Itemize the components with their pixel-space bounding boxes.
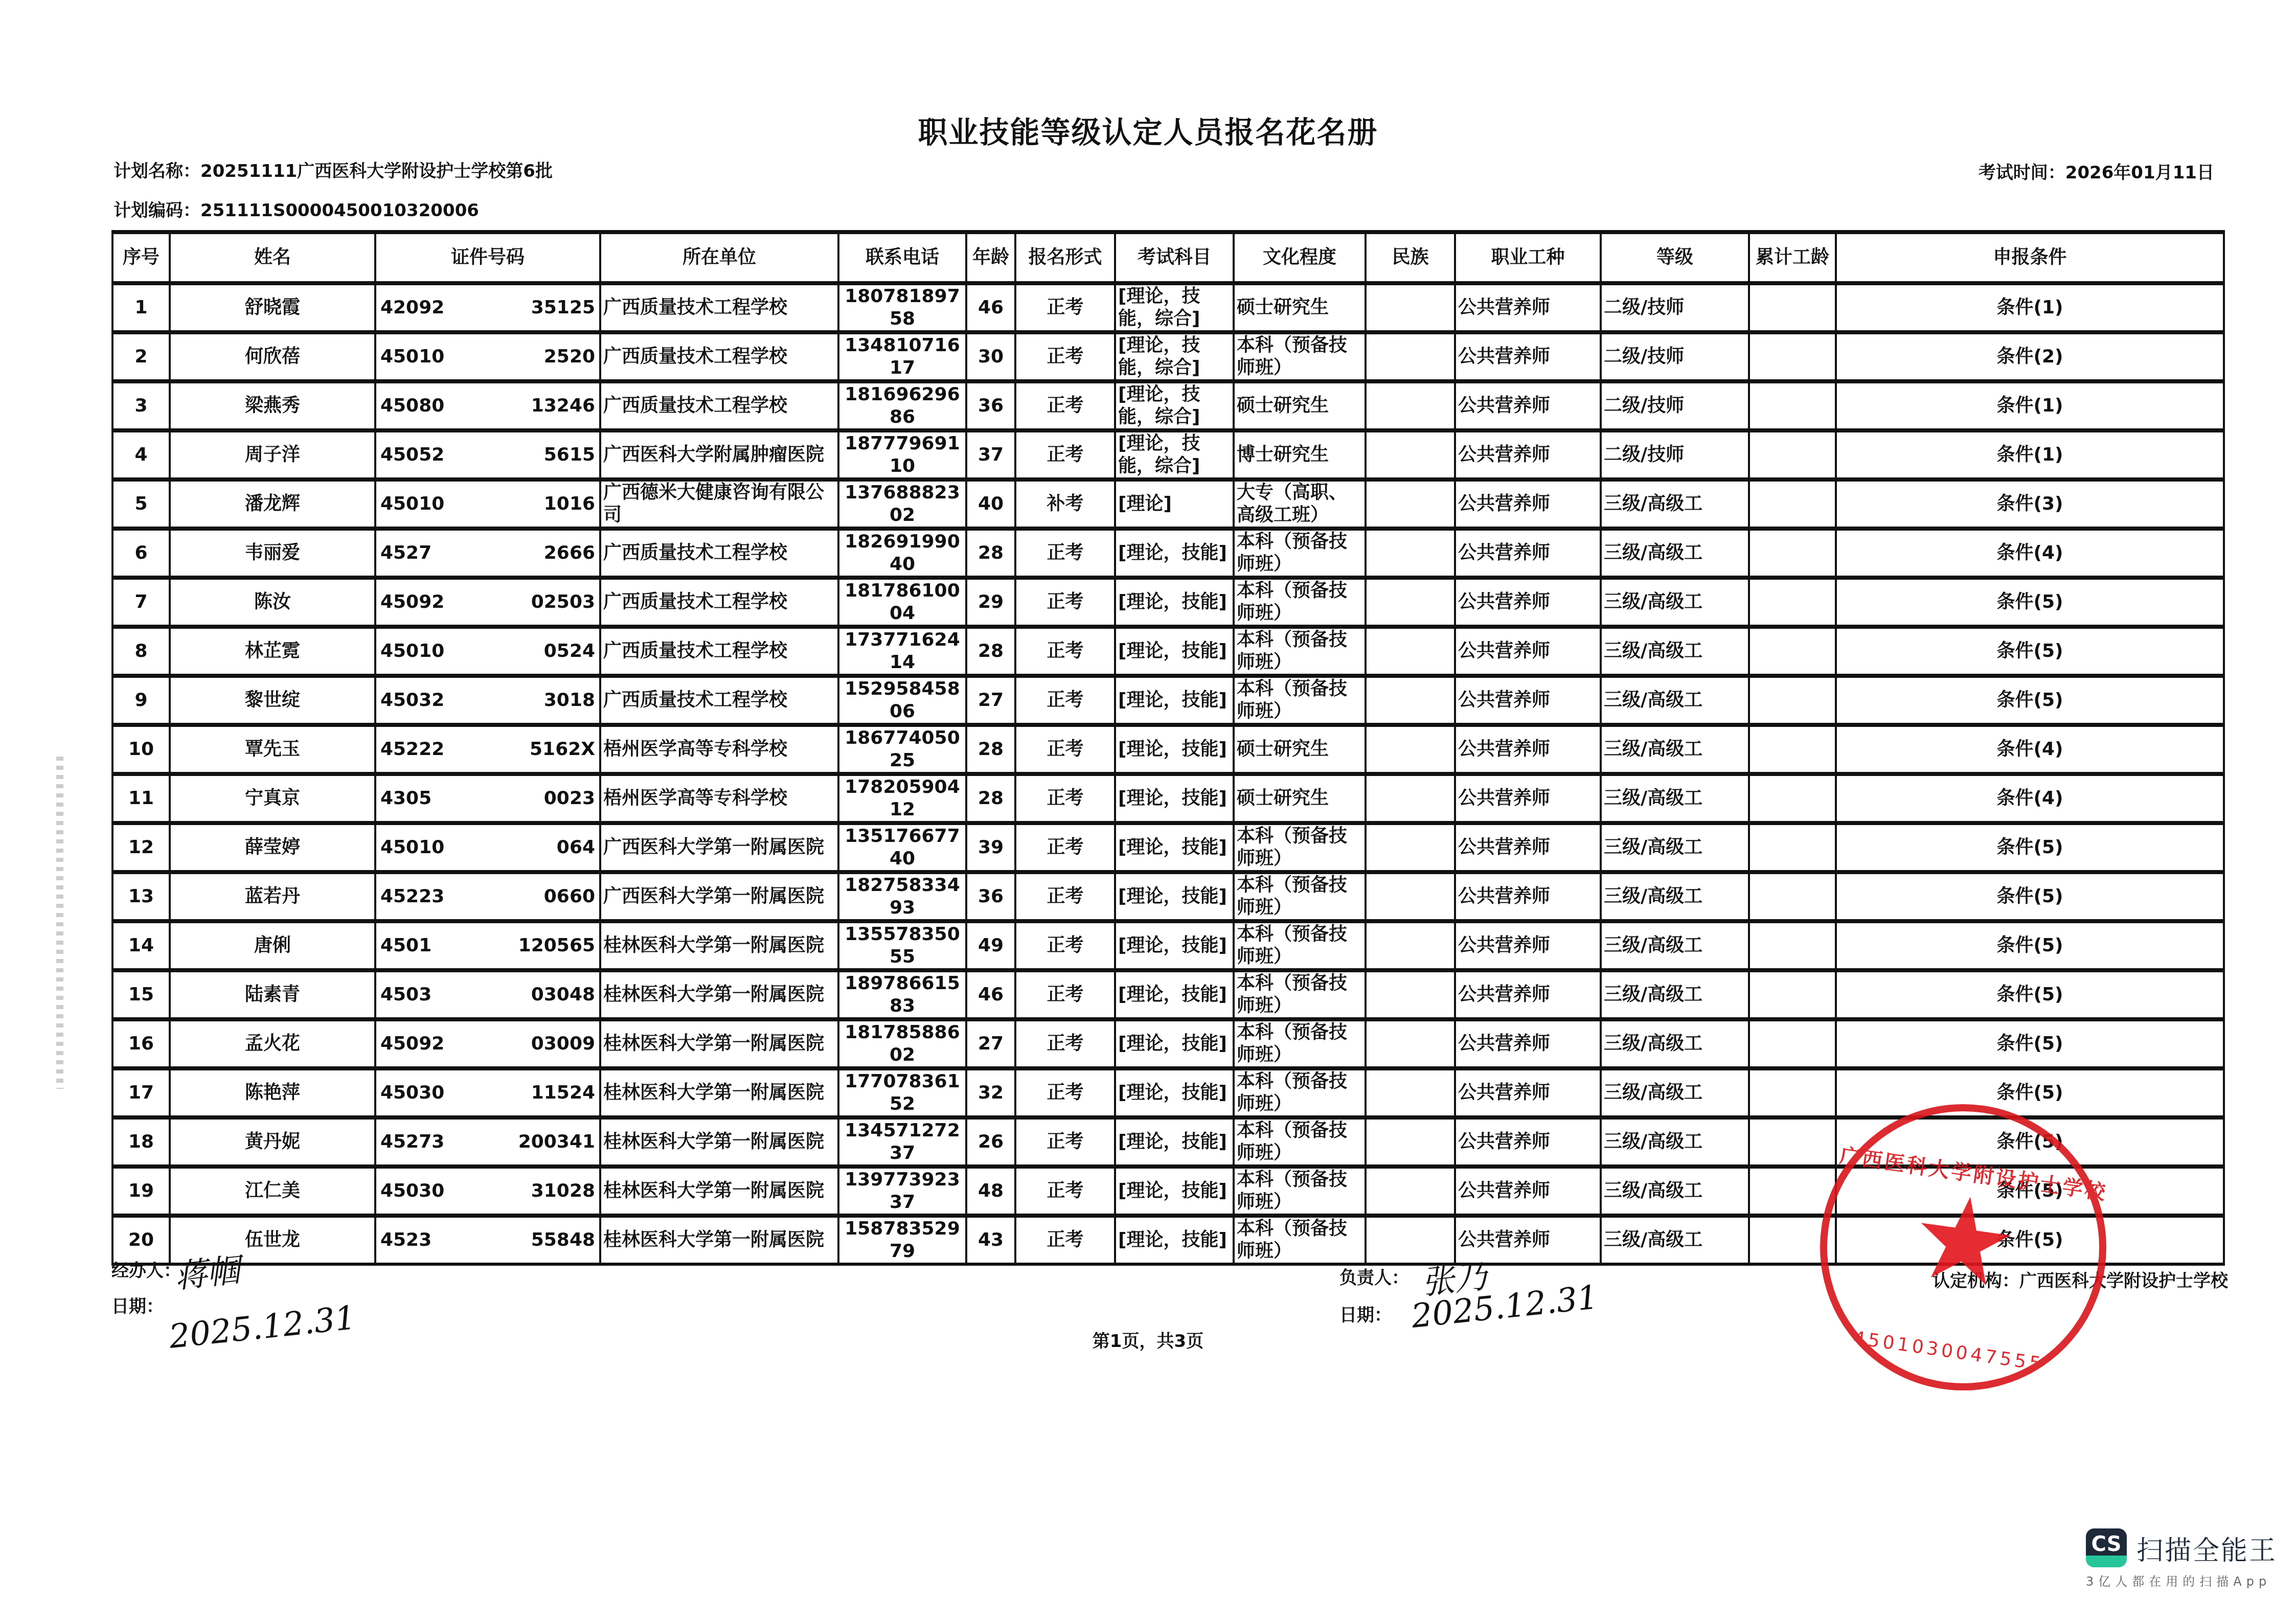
id-suffix: 120565 xyxy=(518,934,595,957)
cell-occupation: 公共营养师 xyxy=(1455,283,1601,332)
id-prefix: 4501 xyxy=(380,934,431,957)
cell-name: 林芷霓 xyxy=(170,627,375,676)
cell-condition: 条件(1) xyxy=(1836,430,2224,479)
cell-seniority xyxy=(1749,970,1836,1019)
cell-form: 正考 xyxy=(1015,283,1115,332)
cell-education: 大专（高职、高级工班） xyxy=(1234,479,1366,529)
cell-level: 二级/技师 xyxy=(1601,283,1749,332)
cell-form: 正考 xyxy=(1015,381,1115,430)
cell-no: 10 xyxy=(112,725,170,774)
handler-date-label: 日期： xyxy=(111,1292,164,1317)
cell-form: 正考 xyxy=(1015,1117,1115,1167)
cell-level: 三级/高级工 xyxy=(1601,1167,1749,1216)
cell-phone: 18178610004 xyxy=(838,578,966,627)
cell-name: 陈汝 xyxy=(170,578,375,627)
cell-level: 二级/技师 xyxy=(1601,332,1749,381)
cell-education: 本科（预备技师班） xyxy=(1234,1216,1366,1264)
cell-name: 孟火花 xyxy=(170,1019,375,1068)
roster-table: 序号 姓名 证件号码 所在单位 联系电话 年龄 报名形式 考试科目 文化程度 民… xyxy=(111,230,2225,1266)
cell-ethnicity xyxy=(1366,1068,1455,1117)
cell-no: 18 xyxy=(112,1117,170,1167)
table-row: 9 黎世绽 45032 3018 广西质量技术工程学校 15295845806 … xyxy=(112,676,2224,725)
cell-form: 正考 xyxy=(1015,725,1115,774)
cell-form: 正考 xyxy=(1015,1068,1115,1117)
id-suffix: 03048 xyxy=(531,984,595,1006)
scanner-watermark: CS 扫描全能王 3亿人都在用的扫描App xyxy=(2086,1528,2277,1589)
cell-age: 39 xyxy=(966,823,1015,872)
cell-unit: 广西质量技术工程学校 xyxy=(600,283,838,332)
cell-level: 三级/高级工 xyxy=(1601,529,1749,578)
cell-id-number: 45223 0660 xyxy=(375,872,600,921)
cell-no: 8 xyxy=(112,627,170,676)
exam-time: 考试时间：2026年01月11日 xyxy=(1979,158,2214,184)
col-header: 所在单位 xyxy=(600,232,838,283)
cell-no: 4 xyxy=(112,430,170,479)
cell-unit: 桂林医科大学第一附属医院 xyxy=(600,1167,838,1216)
cell-subjects: [理论，技能] xyxy=(1115,1167,1234,1216)
cell-unit: 广西质量技术工程学校 xyxy=(600,332,838,381)
cell-id-number: 4527 2666 xyxy=(375,529,600,578)
cell-seniority xyxy=(1749,430,1836,479)
cell-condition: 条件(5) xyxy=(1836,872,2224,921)
cell-ethnicity xyxy=(1366,1167,1455,1216)
cell-seniority xyxy=(1749,578,1836,627)
cell-occupation: 公共营养师 xyxy=(1455,381,1601,430)
table-row: 4 周子洋 45052 5615 广西医科大学附属肿瘤医院 1877796911… xyxy=(112,430,2224,479)
cell-occupation: 公共营养师 xyxy=(1455,823,1601,872)
cell-unit: 梧州医学高等专科学校 xyxy=(600,774,838,823)
cell-seniority xyxy=(1749,1068,1836,1117)
cell-subjects: [理论，技能] xyxy=(1115,1216,1234,1264)
cell-subjects: [理论，技能] xyxy=(1115,725,1234,774)
cell-condition: 条件(5) xyxy=(1836,1068,2224,1117)
cell-seniority xyxy=(1749,921,1836,970)
cell-form: 正考 xyxy=(1015,1019,1115,1068)
handler-label: 经办人： xyxy=(111,1257,181,1282)
cell-age: 28 xyxy=(966,725,1015,774)
cell-no: 15 xyxy=(112,970,170,1019)
cell-unit: 桂林医科大学第一附属医院 xyxy=(600,1216,838,1264)
id-prefix: 45030 xyxy=(380,1180,444,1202)
cell-unit: 广西医科大学第一附属医院 xyxy=(600,872,838,921)
id-prefix: 45030 xyxy=(380,1082,444,1104)
cell-age: 46 xyxy=(966,283,1015,332)
cell-name: 江仁美 xyxy=(170,1167,375,1216)
cell-no: 2 xyxy=(112,332,170,381)
cell-subjects: [理论，技能] xyxy=(1115,529,1234,578)
cell-level: 三级/高级工 xyxy=(1601,921,1749,970)
cell-id-number: 45030 31028 xyxy=(375,1167,600,1216)
cell-ethnicity xyxy=(1366,381,1455,430)
camscanner-logo-icon: CS xyxy=(2086,1528,2127,1567)
id-prefix: 42092 xyxy=(380,296,444,319)
id-suffix: 35125 xyxy=(531,296,595,319)
cell-subjects: [理论，技能] xyxy=(1115,970,1234,1019)
cell-education: 硕士研究生 xyxy=(1234,774,1366,823)
cell-phone: 15295845806 xyxy=(838,676,966,725)
cell-name: 薛莹婷 xyxy=(170,823,375,872)
cell-ethnicity xyxy=(1366,921,1455,970)
id-prefix: 4305 xyxy=(380,787,431,810)
cell-education: 本科（预备技师班） xyxy=(1234,627,1366,676)
id-suffix: 11524 xyxy=(531,1082,595,1104)
cell-form: 正考 xyxy=(1015,529,1115,578)
cell-level: 三级/高级工 xyxy=(1601,627,1749,676)
cell-subjects: [理论，技能] xyxy=(1115,578,1234,627)
cell-subjects: [理论，技能] xyxy=(1115,676,1234,725)
id-prefix: 45273 xyxy=(380,1131,444,1153)
cell-ethnicity xyxy=(1366,332,1455,381)
cell-occupation: 公共营养师 xyxy=(1455,1068,1601,1117)
cell-unit: 梧州医学高等专科学校 xyxy=(600,725,838,774)
cell-seniority xyxy=(1749,479,1836,529)
cell-phone: 13768882302 xyxy=(838,479,966,529)
cell-ethnicity xyxy=(1366,676,1455,725)
cell-name: 唐俐 xyxy=(170,921,375,970)
cell-ethnicity xyxy=(1366,578,1455,627)
cell-no: 6 xyxy=(112,529,170,578)
cell-id-number: 45010 2520 xyxy=(375,332,600,381)
cell-phone: 17707836152 xyxy=(838,1068,966,1117)
cell-id-number: 45222 5162X xyxy=(375,725,600,774)
cell-form: 正考 xyxy=(1015,823,1115,872)
table-row: 12 薛莹婷 45010 064 广西医科大学第一附属医院 1351766774… xyxy=(112,823,2224,872)
cell-occupation: 公共营养师 xyxy=(1455,1019,1601,1068)
plan-name: 计划名称：20251111广西医科大学附设护士学校第6批 xyxy=(113,157,553,182)
cell-seniority xyxy=(1749,872,1836,921)
table-row: 16 孟火花 45092 03009 桂林医科大学第一附属医院 18178588… xyxy=(112,1019,2224,1068)
cell-no: 11 xyxy=(112,774,170,823)
id-suffix: 31028 xyxy=(531,1180,595,1202)
id-suffix: 5162X xyxy=(530,738,595,761)
cell-name: 潘龙辉 xyxy=(170,479,375,529)
cell-form: 补考 xyxy=(1015,479,1115,529)
cell-name: 舒晓霞 xyxy=(170,283,375,332)
col-header: 等级 xyxy=(1601,232,1749,283)
cell-age: 28 xyxy=(966,627,1015,676)
cell-subjects: [理论，技能，综合] xyxy=(1115,381,1234,430)
cell-unit: 广西质量技术工程学校 xyxy=(600,529,838,578)
cell-id-number: 45010 064 xyxy=(375,823,600,872)
cell-id-number: 45273 200341 xyxy=(375,1117,600,1167)
cell-level: 三级/高级工 xyxy=(1601,725,1749,774)
col-header: 报名形式 xyxy=(1015,232,1115,283)
cell-phone: 18978661583 xyxy=(838,970,966,1019)
cell-form: 正考 xyxy=(1015,578,1115,627)
cell-form: 正考 xyxy=(1015,332,1115,381)
cell-level: 三级/高级工 xyxy=(1601,1216,1749,1264)
cell-unit: 广西质量技术工程学校 xyxy=(600,627,838,676)
cell-phone: 18677405025 xyxy=(838,725,966,774)
cell-condition: 条件(4) xyxy=(1836,529,2224,578)
table-header-row: 序号 姓名 证件号码 所在单位 联系电话 年龄 报名形式 考试科目 文化程度 民… xyxy=(112,232,2224,283)
cell-name: 陆素青 xyxy=(170,970,375,1019)
id-prefix: 45222 xyxy=(380,738,444,761)
cell-unit: 广西医科大学附属肿瘤医院 xyxy=(600,430,838,479)
col-header: 民族 xyxy=(1366,232,1455,283)
cell-form: 正考 xyxy=(1015,774,1115,823)
cell-education: 硕士研究生 xyxy=(1234,381,1366,430)
cell-seniority xyxy=(1749,1117,1836,1167)
table-row: 5 潘龙辉 45010 1016 广西德米大健康咨询有限公司 137688823… xyxy=(112,479,2224,529)
col-header: 考试科目 xyxy=(1115,232,1234,283)
cell-seniority xyxy=(1749,332,1836,381)
cell-ethnicity xyxy=(1366,970,1455,1019)
cell-occupation: 公共营养师 xyxy=(1455,479,1601,529)
cell-subjects: [理论，技能] xyxy=(1115,921,1234,970)
cell-id-number: 45010 1016 xyxy=(375,479,600,529)
cell-form: 正考 xyxy=(1015,1167,1115,1216)
cell-subjects: [理论，技能] xyxy=(1115,774,1234,823)
cell-level: 三级/高级工 xyxy=(1601,1068,1749,1117)
cell-unit: 桂林医科大学第一附属医院 xyxy=(600,1019,838,1068)
cell-no: 3 xyxy=(112,381,170,430)
id-suffix: 3018 xyxy=(544,689,595,712)
id-prefix: 45010 xyxy=(380,640,444,662)
table-row: 10 覃先玉 45222 5162X 梧州医学高等专科学校 1867740502… xyxy=(112,725,2224,774)
cell-age: 27 xyxy=(966,1019,1015,1068)
scan-edge-artifact xyxy=(56,757,63,1089)
cell-id-number: 45032 3018 xyxy=(375,676,600,725)
cell-condition: 条件(4) xyxy=(1836,725,2224,774)
cell-unit: 广西质量技术工程学校 xyxy=(600,578,838,627)
cell-ethnicity xyxy=(1366,872,1455,921)
col-header: 联系电话 xyxy=(838,232,966,283)
cell-occupation: 公共营养师 xyxy=(1455,1117,1601,1167)
cell-condition: 条件(5) xyxy=(1836,970,2224,1019)
cell-phone: 18269199040 xyxy=(838,529,966,578)
cell-ethnicity xyxy=(1366,1117,1455,1167)
cell-id-number: 45052 5615 xyxy=(375,430,600,479)
cell-phone: 17377162414 xyxy=(838,627,966,676)
cell-name: 蓝若丹 xyxy=(170,872,375,921)
cell-id-number: 4523 55848 xyxy=(375,1216,600,1264)
cell-level: 三级/高级工 xyxy=(1601,823,1749,872)
cell-phone: 18777969110 xyxy=(838,430,966,479)
cell-subjects: [理论，技能] xyxy=(1115,1068,1234,1117)
cell-subjects: [理论] xyxy=(1115,479,1234,529)
cell-no: 9 xyxy=(112,676,170,725)
cell-education: 本科（预备技师班） xyxy=(1234,921,1366,970)
col-header: 申报条件 xyxy=(1836,232,2224,283)
cell-age: 36 xyxy=(966,381,1015,430)
cell-phone: 18169629686 xyxy=(838,381,966,430)
id-suffix: 03009 xyxy=(531,1033,595,1055)
handler-signature: 蒋帼 xyxy=(172,1244,242,1298)
col-header: 序号 xyxy=(112,232,170,283)
cell-name: 韦丽爱 xyxy=(170,529,375,578)
cell-occupation: 公共营养师 xyxy=(1455,578,1601,627)
col-header: 年龄 xyxy=(966,232,1015,283)
cell-age: 28 xyxy=(966,529,1015,578)
cell-name: 陈艳萍 xyxy=(170,1068,375,1117)
cell-phone: 15878352979 xyxy=(838,1216,966,1264)
cell-subjects: [理论，技能] xyxy=(1115,1019,1234,1068)
cell-ethnicity xyxy=(1366,430,1455,479)
cell-phone: 13481071617 xyxy=(838,332,966,381)
cell-id-number: 4305 0023 xyxy=(375,774,600,823)
cell-subjects: [理论，技能，综合] xyxy=(1115,283,1234,332)
cell-education: 本科（预备技师班） xyxy=(1234,332,1366,381)
cell-name: 覃先玉 xyxy=(170,725,375,774)
cell-education: 硕士研究生 xyxy=(1234,283,1366,332)
cell-phone: 13517667740 xyxy=(838,823,966,872)
cell-occupation: 公共营养师 xyxy=(1455,921,1601,970)
id-suffix: 200341 xyxy=(518,1131,595,1153)
cell-name: 黎世绽 xyxy=(170,676,375,725)
cell-subjects: [理论，技能] xyxy=(1115,823,1234,872)
cell-no: 13 xyxy=(112,872,170,921)
table-row: 17 陈艳萍 45030 11524 桂林医科大学第一附属医院 17707836… xyxy=(112,1068,2224,1117)
table-row: 2 何欣蓓 45010 2520 广西质量技术工程学校 13481071617 … xyxy=(112,332,2224,381)
id-suffix: 2666 xyxy=(544,542,595,564)
table-row: 14 唐俐 4501 120565 桂林医科大学第一附属医院 135578350… xyxy=(112,921,2224,970)
cell-ethnicity xyxy=(1366,823,1455,872)
cell-seniority xyxy=(1749,1167,1836,1216)
cell-name: 黄丹妮 xyxy=(170,1117,375,1167)
cell-seniority xyxy=(1749,774,1836,823)
id-prefix: 45092 xyxy=(380,591,444,613)
responsible-label: 负责人： xyxy=(1339,1264,1409,1289)
cell-education: 本科（预备技师班） xyxy=(1234,823,1366,872)
id-prefix: 4527 xyxy=(380,542,431,564)
cell-condition: 条件(4) xyxy=(1836,774,2224,823)
cell-level: 二级/技师 xyxy=(1601,430,1749,479)
id-suffix: 0660 xyxy=(544,885,595,908)
cell-condition: 条件(5) xyxy=(1836,823,2224,872)
cell-condition: 条件(5) xyxy=(1836,676,2224,725)
cell-phone: 13557835055 xyxy=(838,921,966,970)
cell-form: 正考 xyxy=(1015,921,1115,970)
id-prefix: 45052 xyxy=(380,444,444,466)
cell-unit: 桂林医科大学第一附属医院 xyxy=(600,1117,838,1167)
cell-ethnicity xyxy=(1366,1019,1455,1068)
cell-seniority xyxy=(1749,627,1836,676)
cell-no: 17 xyxy=(112,1068,170,1117)
cell-form: 正考 xyxy=(1015,676,1115,725)
col-header: 职业工种 xyxy=(1455,232,1601,283)
cell-ethnicity xyxy=(1366,627,1455,676)
table-row: 13 蓝若丹 45223 0660 广西医科大学第一附属医院 182758334… xyxy=(112,872,2224,921)
id-prefix: 4523 xyxy=(380,1229,431,1251)
cell-id-number: 45010 0524 xyxy=(375,627,600,676)
cell-phone: 17820590412 xyxy=(838,774,966,823)
cell-subjects: [理论，技能] xyxy=(1115,1117,1234,1167)
cell-occupation: 公共营养师 xyxy=(1455,970,1601,1019)
id-suffix: 0023 xyxy=(544,787,595,810)
cell-education: 本科（预备技师班） xyxy=(1234,1117,1366,1167)
cell-occupation: 公共营养师 xyxy=(1455,627,1601,676)
cell-id-number: 45080 13246 xyxy=(375,381,600,430)
cell-id-number: 4503 03048 xyxy=(375,970,600,1019)
cell-condition: 条件(5) xyxy=(1836,1019,2224,1068)
cell-name: 何欣蓓 xyxy=(170,332,375,381)
cell-age: 29 xyxy=(966,578,1015,627)
cell-no: 5 xyxy=(112,479,170,529)
cell-condition: 条件(3) xyxy=(1836,479,2224,529)
cell-level: 三级/高级工 xyxy=(1601,774,1749,823)
cell-occupation: 公共营养师 xyxy=(1455,529,1601,578)
id-prefix: 45010 xyxy=(380,836,444,859)
id-prefix: 45010 xyxy=(380,346,444,368)
cell-form: 正考 xyxy=(1015,1216,1115,1264)
cell-phone: 18178588602 xyxy=(838,1019,966,1068)
table-row: 15 陆素青 4503 03048 桂林医科大学第一附属医院 189786615… xyxy=(112,970,2224,1019)
cell-form: 正考 xyxy=(1015,872,1115,921)
cell-age: 48 xyxy=(966,1167,1015,1216)
cell-education: 本科（预备技师班） xyxy=(1234,970,1366,1019)
cell-form: 正考 xyxy=(1015,430,1115,479)
cell-condition: 条件(5) xyxy=(1836,921,2224,970)
id-suffix: 02503 xyxy=(531,591,595,613)
cell-level: 三级/高级工 xyxy=(1601,872,1749,921)
cell-level: 三级/高级工 xyxy=(1601,970,1749,1019)
cell-id-number: 45092 02503 xyxy=(375,578,600,627)
cell-ethnicity xyxy=(1366,479,1455,529)
cell-age: 28 xyxy=(966,774,1015,823)
table-row: 7 陈汝 45092 02503 广西质量技术工程学校 18178610004 … xyxy=(112,578,2224,627)
cell-education: 本科（预备技师班） xyxy=(1234,872,1366,921)
cell-seniority xyxy=(1749,676,1836,725)
cell-seniority xyxy=(1749,725,1836,774)
cell-level: 三级/高级工 xyxy=(1601,479,1749,529)
cell-phone: 13457127237 xyxy=(838,1117,966,1167)
cell-id-number: 42092 35125 xyxy=(375,283,600,332)
col-header: 姓名 xyxy=(170,232,375,283)
cell-unit: 桂林医科大学第一附属医院 xyxy=(600,921,838,970)
cell-level: 三级/高级工 xyxy=(1601,1117,1749,1167)
cell-name: 梁燕秀 xyxy=(170,381,375,430)
responsible-date-label: 日期： xyxy=(1339,1301,1392,1326)
cell-no: 1 xyxy=(112,283,170,332)
cell-id-number: 45092 03009 xyxy=(375,1019,600,1068)
cell-level: 三级/高级工 xyxy=(1601,676,1749,725)
cell-age: 30 xyxy=(966,332,1015,381)
cell-age: 49 xyxy=(966,921,1015,970)
cell-condition: 条件(1) xyxy=(1836,283,2224,332)
id-prefix: 45092 xyxy=(380,1033,444,1055)
cell-education: 本科（预备技师班） xyxy=(1234,1019,1366,1068)
cell-ethnicity xyxy=(1366,283,1455,332)
id-suffix: 064 xyxy=(557,836,595,859)
col-header: 证件号码 xyxy=(375,232,600,283)
id-suffix: 55848 xyxy=(531,1229,595,1251)
table-row: 1 舒晓霞 42092 35125 广西质量技术工程学校 18078189758… xyxy=(112,283,2224,332)
cell-level: 三级/高级工 xyxy=(1601,578,1749,627)
cell-ethnicity xyxy=(1366,774,1455,823)
cell-unit: 桂林医科大学第一附属医院 xyxy=(600,1068,838,1117)
cell-subjects: [理论，技能] xyxy=(1115,627,1234,676)
cell-seniority xyxy=(1749,283,1836,332)
cell-education: 硕士研究生 xyxy=(1234,725,1366,774)
id-prefix: 45032 xyxy=(380,689,444,712)
cell-unit: 广西质量技术工程学校 xyxy=(600,381,838,430)
cell-occupation: 公共营养师 xyxy=(1455,332,1601,381)
cell-ethnicity xyxy=(1366,529,1455,578)
table-row: 3 梁燕秀 45080 13246 广西质量技术工程学校 18169629686… xyxy=(112,381,2224,430)
cell-phone: 18275833493 xyxy=(838,872,966,921)
cell-education: 博士研究生 xyxy=(1234,430,1366,479)
cell-age: 43 xyxy=(966,1216,1015,1264)
plan-code: 计划编码：251111S0000450010320006 xyxy=(113,196,479,221)
cell-occupation: 公共营养师 xyxy=(1455,872,1601,921)
id-suffix: 1016 xyxy=(544,493,595,515)
cell-age: 40 xyxy=(966,479,1015,529)
cell-no: 14 xyxy=(112,921,170,970)
cell-name: 宁真京 xyxy=(170,774,375,823)
cell-no: 7 xyxy=(112,578,170,627)
cell-unit: 桂林医科大学第一附属医院 xyxy=(600,970,838,1019)
